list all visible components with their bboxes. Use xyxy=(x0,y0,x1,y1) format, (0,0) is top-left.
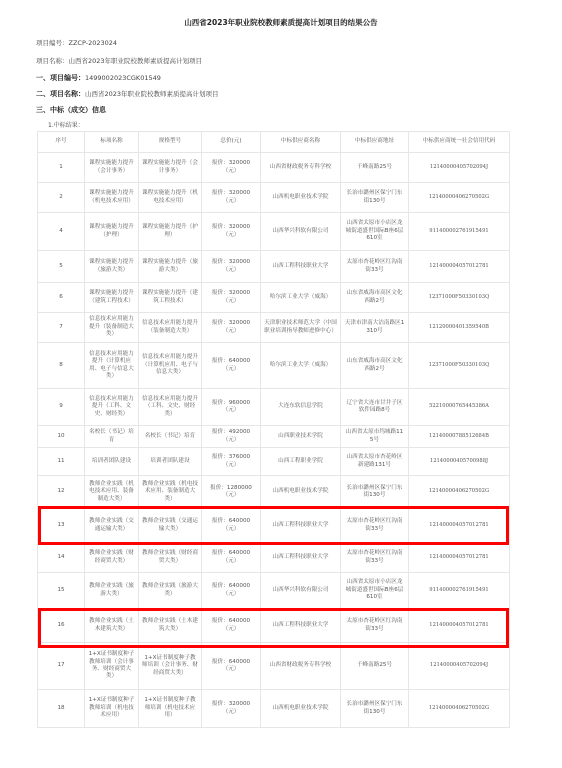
cell-total-price: 报价：492000（元） xyxy=(202,426,261,448)
cell-lot-name: 教师企业实践（交通运输大类） xyxy=(85,509,139,543)
cell-supplier-address: 太原市杏花岭区红沟南街33号 xyxy=(341,609,409,643)
cell-supplier-address: 辽宁省大连市甘井子区软件园路8号 xyxy=(341,389,409,426)
cell-supplier-address: 山东省威海市高区文化西路2号 xyxy=(341,283,409,313)
cell-spec: 教师企业实践（财经商贸大类） xyxy=(139,543,202,573)
cell-supplier-name: 天津职业技术师范大学（中国职业培训指导教师进修中心） xyxy=(261,313,341,343)
cell-lot-name: 课程实施能力提升（旅游大类） xyxy=(85,251,139,283)
cell-supplier-address: 山东省威海市高区文化西路2号 xyxy=(341,343,409,389)
cell-supplier-name: 哈尔滨工业大学（威海） xyxy=(261,283,341,313)
cell-supplier-address: 千峰南路25号 xyxy=(341,643,409,690)
cell-supplier-address: 太原市杏花岭区红沟南街33号 xyxy=(341,251,409,283)
table-row: 6课程实施能力提升（建筑工程技术）课程实施能力提升（建筑工程技术）报价：3200… xyxy=(38,283,510,313)
cell-index: 6 xyxy=(38,283,85,313)
cell-index: 8 xyxy=(38,343,85,389)
table-row: 7信息技术应用能力提升（装备制造大类）信息技术应用能力提升（装备制造大类）报价：… xyxy=(38,313,510,343)
cell-supplier-address: 山西省太原市小店区龙城街道盛世国际B座6层610室 xyxy=(341,573,409,609)
project-number-value: ZZCP-2023024 xyxy=(69,39,118,47)
cell-index: 14 xyxy=(38,543,85,573)
cell-supplier-name: 山西职业技术学院 xyxy=(261,426,341,448)
cell-spec: 课程实施能力提升（护理） xyxy=(139,213,202,251)
cell-total-price: 报价：320000（元） xyxy=(202,251,261,283)
cell-total-price: 报价：320000（元） xyxy=(202,183,261,213)
cell-lot-name: 课程实施能力提升（建筑工程技术） xyxy=(85,283,139,313)
cell-index: 16 xyxy=(38,609,85,643)
cell-supplier-name: 山西机电职业技术学院 xyxy=(261,690,341,728)
cell-lot-name: 1+X证书制度种子教师培训（会计事务、财经商贸大类） xyxy=(85,643,139,690)
cell-total-price: 报价：376000（元） xyxy=(202,448,261,476)
cell-lot-name: 教师企业实践（机电技术应用、装备制造大类） xyxy=(85,476,139,509)
cell-total-price: 报价：320000（元） xyxy=(202,153,261,183)
project-name-label: 项目名称： xyxy=(36,57,69,65)
cell-credit-code: 12140000406270502G xyxy=(409,690,510,728)
cell-supplier-name: 大连东软信息学院 xyxy=(261,389,341,426)
table-row: 5课程实施能力提升（旅游大类）课程实施能力提升（旅游大类）报价：320000（元… xyxy=(38,251,510,283)
cell-supplier-address: 太原市杏花岭区红沟南街33号 xyxy=(341,543,409,573)
cell-credit-code: 91140000276191549​1 xyxy=(409,213,510,251)
cell-spec: 教师企业实践（土木建筑大类） xyxy=(139,609,202,643)
cell-supplier-name: 山西工程科技职业大学 xyxy=(261,543,341,573)
cell-supplier-name: 哈尔滨工业大学（威海） xyxy=(261,343,341,389)
cell-supplier-address: 山西省太原市坞城路115号 xyxy=(341,426,409,448)
cell-supplier-address: 山西省太原市小店区龙城街道盛世国际B座6层610室 xyxy=(341,213,409,251)
cell-supplier-name: 山西机电职业技术学院 xyxy=(261,476,341,509)
cell-credit-code: 12371000F50330103Q xyxy=(409,283,510,313)
cell-supplier-address: 千峰南路25号 xyxy=(341,153,409,183)
cell-spec: 课程实施能力提升（旅游大类） xyxy=(139,251,202,283)
cell-index: 13 xyxy=(38,509,85,543)
cell-credit-code: 12140000406270502G xyxy=(409,183,510,213)
cell-supplier-name: 山西华兴科软有限公司 xyxy=(261,573,341,609)
subsection-title: 1.中标结果： xyxy=(48,120,84,129)
cell-credit-code: 12140000405702094J xyxy=(409,153,510,183)
cell-total-price: 报价：640000（元） xyxy=(202,573,261,609)
header-supplier-name: 中标供应商名称 xyxy=(261,132,341,153)
cell-index: 15 xyxy=(38,573,85,609)
cell-supplier-address: 天津市津南大沽南路区1310号 xyxy=(341,313,409,343)
cell-credit-code: 12140000406270502G xyxy=(409,476,510,509)
header-credit-code: 中标供应商统一社会信用代码 xyxy=(409,132,510,153)
header-lot-name: 标项名称 xyxy=(85,132,139,153)
cell-spec: 培训者团队建设 xyxy=(139,448,202,476)
project-number-line: 项目编号：ZZCP-2023024 xyxy=(36,38,117,47)
cell-index: 12 xyxy=(38,476,85,509)
cell-index: 2 xyxy=(38,183,85,213)
cell-lot-name: 课程实施能力提升（护理） xyxy=(85,213,139,251)
cell-total-price: 报价：1280000（元） xyxy=(202,476,261,509)
cell-lot-name: 信息技术应用能力提升（工科、文史、财经类） xyxy=(85,389,139,426)
table-row: 11培训者团队建设培训者团队建设报价：376000（元）山西工程职业学院山西省太… xyxy=(38,448,510,476)
cell-supplier-name: 山西省财政税务专科学校 xyxy=(261,153,341,183)
cell-supplier-address: 长治市潞州区保宁门东街130号 xyxy=(341,476,409,509)
cell-total-price: 报价：640000（元） xyxy=(202,343,261,389)
cell-lot-name: 信息技术应用能力提升（装备制造大类） xyxy=(85,313,139,343)
cell-credit-code: 12120000401359540B xyxy=(409,313,510,343)
cell-index: 10 xyxy=(38,426,85,448)
cell-total-price: 报价：320000（元） xyxy=(202,213,261,251)
cell-lot-name: 教师企业实践（旅游大类） xyxy=(85,573,139,609)
cell-supplier-name: 山西工程职业学院 xyxy=(261,448,341,476)
cell-supplier-name: 山西工程科技职业大学 xyxy=(261,251,341,283)
cell-total-price: 报价：960000（元） xyxy=(202,389,261,426)
cell-total-price: 报价：640000（元） xyxy=(202,643,261,690)
cell-spec: 1+X证书制度种子教师培训（机电技术应用） xyxy=(139,690,202,728)
table-row: 16教师企业实践（土木建筑大类）教师企业实践（土木建筑大类）报价：640000（… xyxy=(38,609,510,643)
cell-lot-name: 课程实施能力提升（机电技术应用） xyxy=(85,183,139,213)
header-supplier-address: 中标供应商地址 xyxy=(341,132,409,153)
table-row: 14教师企业实践（财经商贸大类）教师企业实践（财经商贸大类）报价：640000（… xyxy=(38,543,510,573)
cell-supplier-name: 山西工程科技职业大学 xyxy=(261,509,341,543)
cell-supplier-address: 长治市潞州区保宁门东街130号 xyxy=(341,183,409,213)
cell-index: 18 xyxy=(38,690,85,728)
cell-total-price: 报价：640000（元） xyxy=(202,543,261,573)
cell-spec: 课程实施能力提升（建筑工程技术） xyxy=(139,283,202,313)
cell-spec: 教师企业实践（机电技术应用、装备制造大类） xyxy=(139,476,202,509)
cell-credit-code: 12140000405700988J xyxy=(409,448,510,476)
cell-credit-code: 12140000405701278​1 xyxy=(409,251,510,283)
cell-supplier-name: 山西省财政税务专科学校 xyxy=(261,643,341,690)
page-title: 山西省2023年职业院校教师素质提高计划项目的结果公告 xyxy=(0,17,562,28)
cell-total-price: 报价：320000（元） xyxy=(202,283,261,313)
cell-total-price: 报价：320000（元） xyxy=(202,313,261,343)
section-1-value: 1499002023CGK01549 xyxy=(85,74,161,82)
cell-index: 17 xyxy=(38,643,85,690)
cell-supplier-name: 山西工程科技职业大学 xyxy=(261,609,341,643)
table-row: 4课程实施能力提升（护理）课程实施能力提升（护理）报价：320000（元）山西华… xyxy=(38,213,510,251)
cell-spec: 信息技术应用能力提升（装备制造大类） xyxy=(139,313,202,343)
cell-credit-code: 12140000405701278​1 xyxy=(409,543,510,573)
cell-lot-name: 教师企业实践（土木建筑大类） xyxy=(85,609,139,643)
project-name-line: 项目名称：山西省2023年职业院校教师素质提高计划项目 xyxy=(36,56,202,65)
cell-total-price: 报价：320000（元） xyxy=(202,690,261,728)
cell-spec: 1+X证书制度种子教师培训（会计事务、财经商贸大类） xyxy=(139,643,202,690)
cell-spec: 教师企业实践（交通运输大类） xyxy=(139,509,202,543)
cell-credit-code: 91140000276191549​1 xyxy=(409,573,510,609)
table-row: 15教师企业实践（旅游大类）教师企业实践（旅游大类）报价：640000（元）山西… xyxy=(38,573,510,609)
cell-credit-code: 12140000405702094J xyxy=(409,643,510,690)
cell-lot-name: 1+X证书制度种子教师培训（机电技术应用） xyxy=(85,690,139,728)
table-row: 2课程实施能力提升（机电技术应用）课程实施能力提升（机电技术应用）报价：3200… xyxy=(38,183,510,213)
cell-index: 1 xyxy=(38,153,85,183)
table-header-row: 序号 标项名称 规格型号 总价(元) 中标供应商名称 中标供应商地址 中标供应商… xyxy=(38,132,510,153)
cell-spec: 信息技术应用能力提升（计算机应用、电子与信息大类） xyxy=(139,343,202,389)
cell-supplier-address: 山西省太原市杏花岭区新建路131号 xyxy=(341,448,409,476)
table-row: 9信息技术应用能力提升（工科、文史、财经类）信息技术应用能力提升（工科、文史、财… xyxy=(38,389,510,426)
cell-total-price: 报价：640000（元） xyxy=(202,509,261,543)
section-3: 三、中标（成交）信息 xyxy=(36,105,106,115)
cell-index: 4 xyxy=(38,213,85,251)
cell-supplier-name: 山西机电职业技术学院 xyxy=(261,183,341,213)
section-2-value: 山西省2023年职业院校教师素质提高计划项目 xyxy=(85,90,219,98)
section-1-label: 一、项目编号： xyxy=(36,74,85,82)
cell-index: 5 xyxy=(38,251,85,283)
cell-total-price: 报价：640000（元） xyxy=(202,609,261,643)
project-name-value: 山西省2023年职业院校教师素质提高计划项目 xyxy=(69,57,203,65)
table-row: 10名校长（书记）培育名校长（书记）培育报价：492000（元）山西职业技术学院… xyxy=(38,426,510,448)
cell-lot-name: 信息技术应用能力提升（计算机应用、电子与信息大类） xyxy=(85,343,139,389)
table-row: 1课程实施能力提升（会计事务）课程实施能力提升（会计事务）报价：320000（元… xyxy=(38,153,510,183)
cell-credit-code: 12140000405701278​1 xyxy=(409,509,510,543)
project-number-label: 项目编号： xyxy=(36,39,69,47)
cell-credit-code: 12371000F50330103Q xyxy=(409,343,510,389)
table-row: 181+X证书制度种子教师培训（机电技术应用）1+X证书制度种子教师培训（机电技… xyxy=(38,690,510,728)
cell-spec: 名校长（书记）培育 xyxy=(139,426,202,448)
cell-spec: 教师企业实践（旅游大类） xyxy=(139,573,202,609)
table-row: 13教师企业实践（交通运输大类）教师企业实践（交通运输大类）报价：640000（… xyxy=(38,509,510,543)
cell-index: 7 xyxy=(38,313,85,343)
header-index: 序号 xyxy=(38,132,85,153)
cell-spec: 课程实施能力提升（会计事务） xyxy=(139,153,202,183)
header-spec: 规格型号 xyxy=(139,132,202,153)
cell-lot-name: 名校长（书记）培育 xyxy=(85,426,139,448)
cell-credit-code: 52210000765445386A xyxy=(409,389,510,426)
cell-spec: 课程实施能力提升（机电技术应用） xyxy=(139,183,202,213)
section-2-label: 二、项目名称： xyxy=(36,90,85,98)
cell-lot-name: 课程实施能力提升（会计事务） xyxy=(85,153,139,183)
section-1: 一、项目编号：1499002023CGK01549 xyxy=(36,73,161,83)
header-total-price: 总价(元) xyxy=(202,132,261,153)
section-2: 二、项目名称：山西省2023年职业院校教师素质提高计划项目 xyxy=(36,89,219,99)
cell-lot-name: 培训者团队建设 xyxy=(85,448,139,476)
cell-supplier-address: 长治市潞州区保宁门东街130号 xyxy=(341,690,409,728)
cell-index: 9 xyxy=(38,389,85,426)
cell-supplier-address: 太原市杏花岭区红沟南街33号 xyxy=(341,509,409,543)
table-row: 12教师企业实践（机电技术应用、装备制造大类）教师企业实践（机电技术应用、装备制… xyxy=(38,476,510,509)
cell-index: 11 xyxy=(38,448,85,476)
section-3-label: 三、中标（成交）信息 xyxy=(36,106,106,114)
table-row: 8信息技术应用能力提升（计算机应用、电子与信息大类）信息技术应用能力提升（计算机… xyxy=(38,343,510,389)
cell-spec: 信息技术应用能力提升（工科、文史、财经类） xyxy=(139,389,202,426)
cell-credit-code: 12140000405701278​1 xyxy=(409,609,510,643)
results-table: 序号 标项名称 规格型号 总价(元) 中标供应商名称 中标供应商地址 中标供应商… xyxy=(37,131,510,728)
cell-credit-code: 12140000788512684B xyxy=(409,426,510,448)
cell-supplier-name: 山西华兴科软有限公司 xyxy=(261,213,341,251)
table-row: 171+X证书制度种子教师培训（会计事务、财经商贸大类）1+X证书制度种子教师培… xyxy=(38,643,510,690)
cell-lot-name: 教师企业实践（财经商贸大类） xyxy=(85,543,139,573)
